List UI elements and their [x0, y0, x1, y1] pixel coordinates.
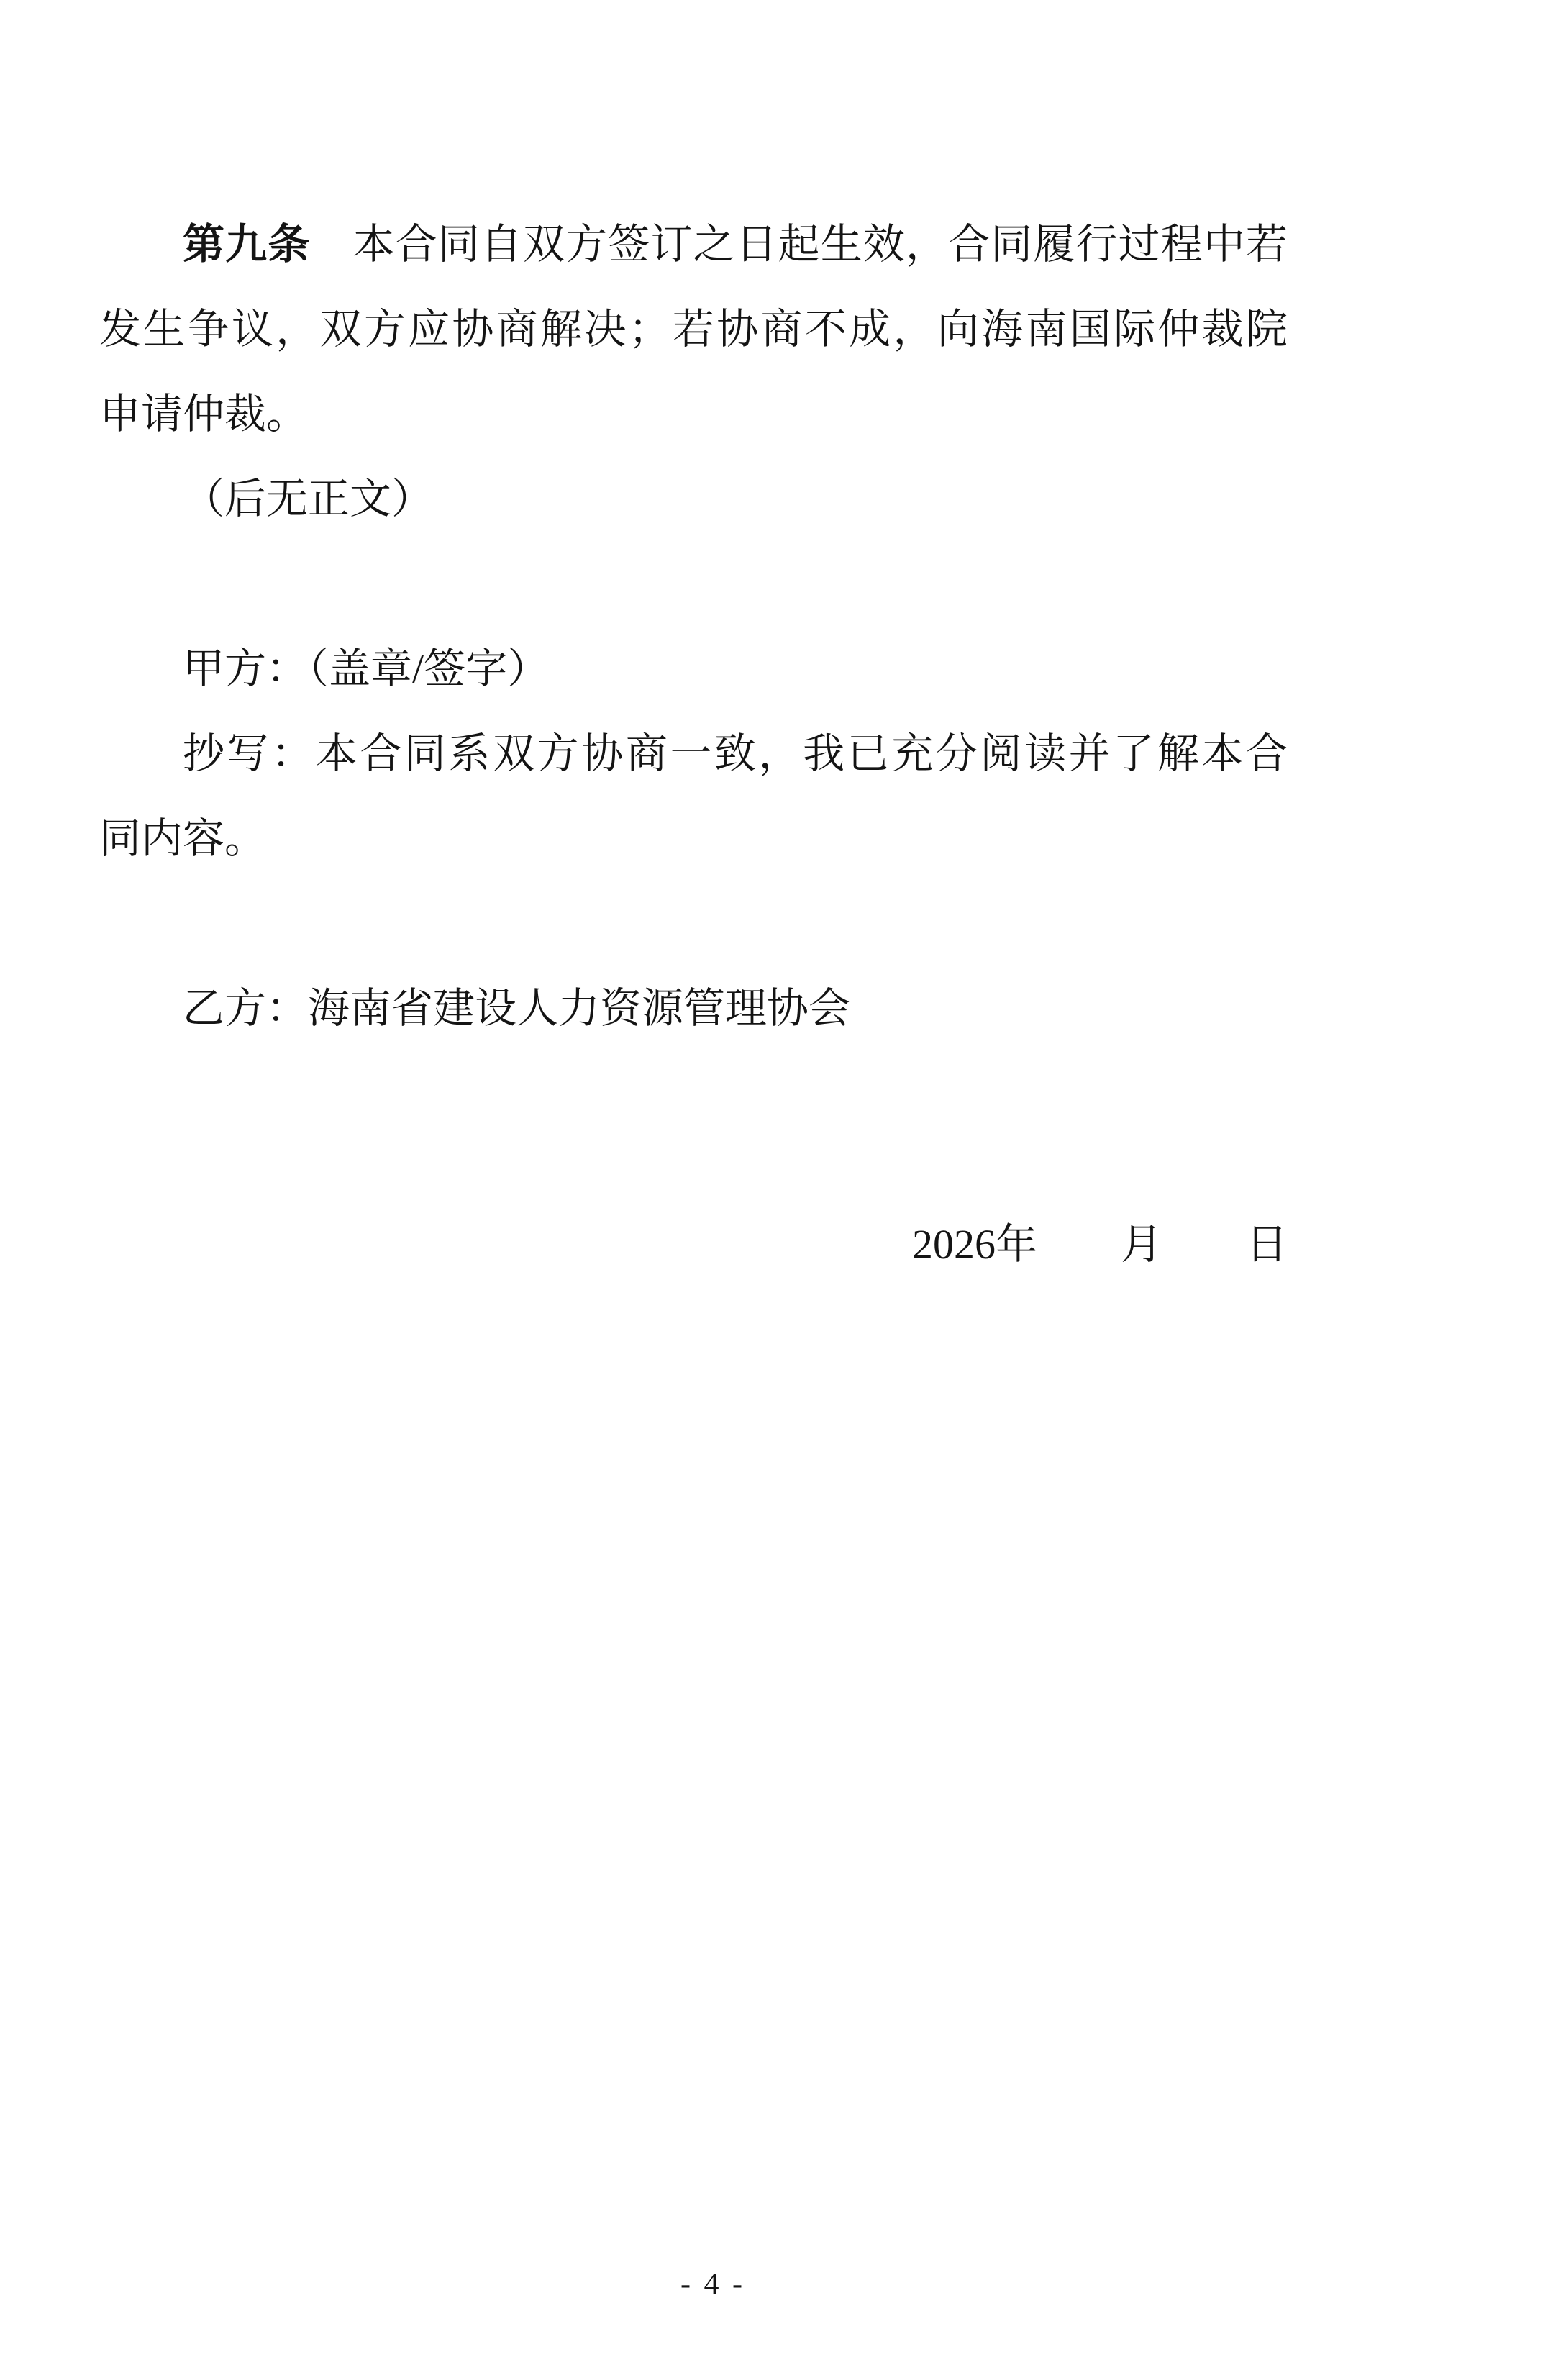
page-number: - 4 - — [680, 2268, 745, 2301]
contract-body: 第九条 本合同自双方签订之日起生效，合同履行过程中若 发生争议，双方应协商解决；… — [99, 202, 1288, 1287]
clause9-label: 第九条 — [183, 221, 310, 268]
party-a-line: 甲方：（盖章/签字） — [99, 627, 1288, 712]
party-b-line: 乙方：海南省建设人力资源管理协会 — [99, 966, 1288, 1051]
contract-page: 第九条 本合同自双方签订之日起生效，合同履行过程中若 发生争议，双方应协商解决；… — [0, 0, 1548, 2380]
blank-line — [99, 542, 1288, 627]
clause9-line-2: 发生争议，双方应协商解决；若协商不成，向海南国际仲裁院 — [99, 287, 1288, 372]
blank-line — [99, 881, 1288, 966]
clause9-line-3: 申请仲裁。 — [99, 372, 1288, 457]
transcription-line-1: 抄写：本合同系双方协商一致，我已充分阅读并了解本合 — [99, 712, 1288, 796]
end-of-text-note: （后无正文） — [99, 457, 1288, 542]
date-line: 2026年 月 日 — [99, 1202, 1288, 1287]
transcription-line-2: 同内容。 — [99, 796, 1288, 881]
page-footer: - 4 - — [0, 2259, 1548, 2309]
clause9-line-1: 第九条 本合同自双方签订之日起生效，合同履行过程中若 — [99, 202, 1288, 287]
clause9-line1-text: 本合同自双方签订之日起生效，合同履行过程中若 — [310, 221, 1288, 268]
